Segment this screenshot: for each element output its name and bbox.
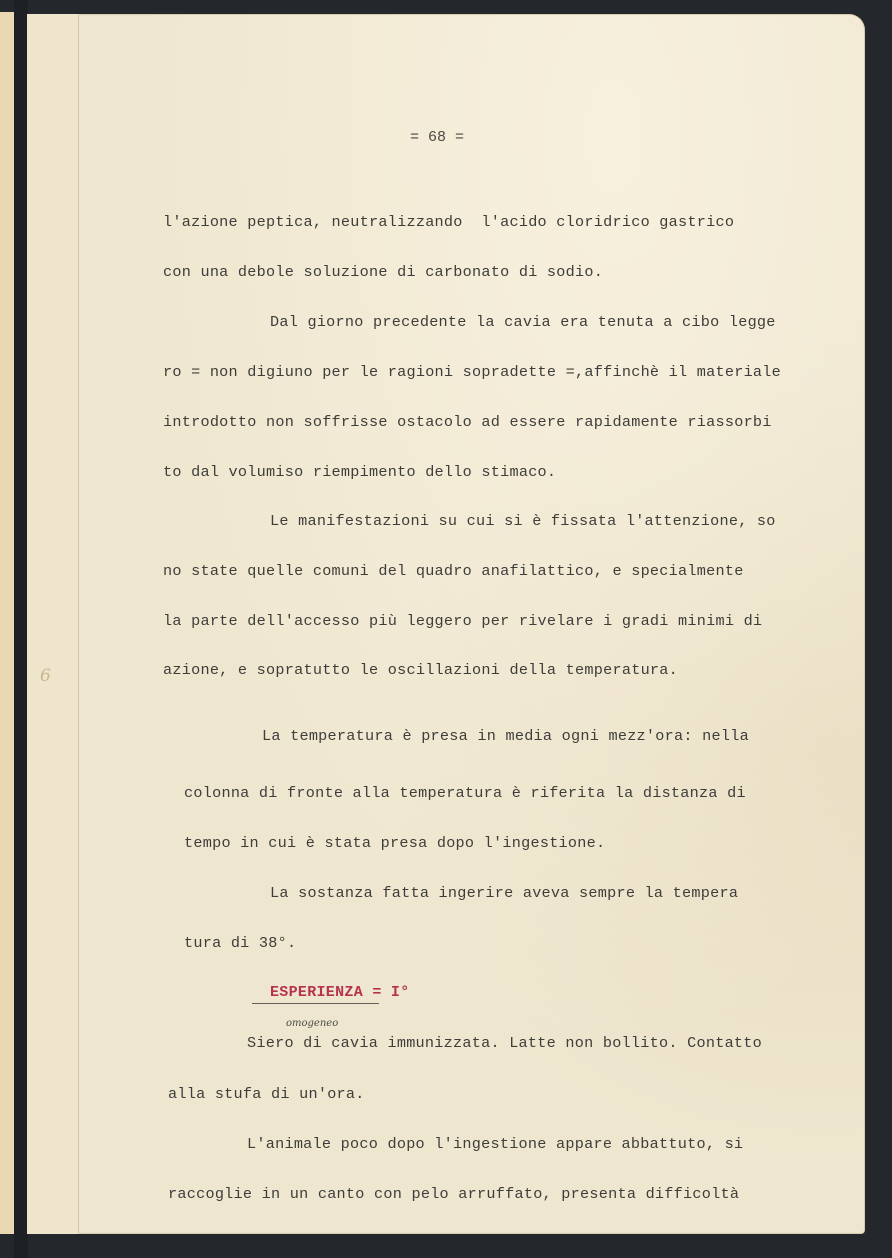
- text-line: La sostanza fatta ingerire aveva sempre …: [270, 884, 738, 902]
- text-line: introdotto non soffrisse ostacolo ad ess…: [163, 413, 772, 431]
- text-line: Siero di cavia immunizzata. Latte non bo…: [247, 1034, 762, 1052]
- section-heading: ESPERIENZA = I°: [270, 984, 410, 1001]
- text-line: La temperatura è presa in media ogni mez…: [262, 727, 749, 745]
- text-line: to dal volumiso riempimento dello stimac…: [163, 463, 556, 481]
- text-line: no state quelle comuni del quadro anafil…: [163, 562, 744, 580]
- text-line: l'azione peptica, neutralizzando l'acido…: [163, 213, 734, 231]
- book-gutter: [14, 0, 28, 1258]
- text-line: azione, e sopratutto le oscillazioni del…: [163, 661, 678, 679]
- text-line: tura di 38°.: [184, 934, 296, 952]
- text-line: colonna di fronte alla temperatura è rif…: [184, 784, 746, 802]
- page-number: = 68 =: [410, 129, 464, 146]
- text-line: ro = non digiuno per le ragioni sopradet…: [163, 363, 781, 381]
- margin-pencil-mark: 6: [40, 666, 51, 686]
- text-line: tempo in cui è stata presa dopo l'ingest…: [184, 834, 605, 852]
- binding-strip: [27, 14, 79, 1234]
- text-line: alla stufa di un'ora.: [168, 1085, 365, 1103]
- handwritten-annotation: omogeneo: [286, 1018, 338, 1029]
- text-line: con una debole soluzione di carbonato di…: [163, 263, 603, 281]
- text-line: L'animale poco dopo l'ingestione appare …: [247, 1135, 743, 1153]
- text-line: raccoglie in un canto con pelo arruffato…: [168, 1185, 739, 1203]
- text-line: Le manifestazioni su cui si è fissata l'…: [270, 512, 776, 530]
- heading-underline: [252, 1003, 379, 1004]
- text-line: la parte dell'accesso più leggero per ri…: [163, 612, 762, 630]
- text-line: Dal giorno precedente la cavia era tenut…: [270, 313, 776, 331]
- adjacent-page-edge: [0, 12, 14, 1234]
